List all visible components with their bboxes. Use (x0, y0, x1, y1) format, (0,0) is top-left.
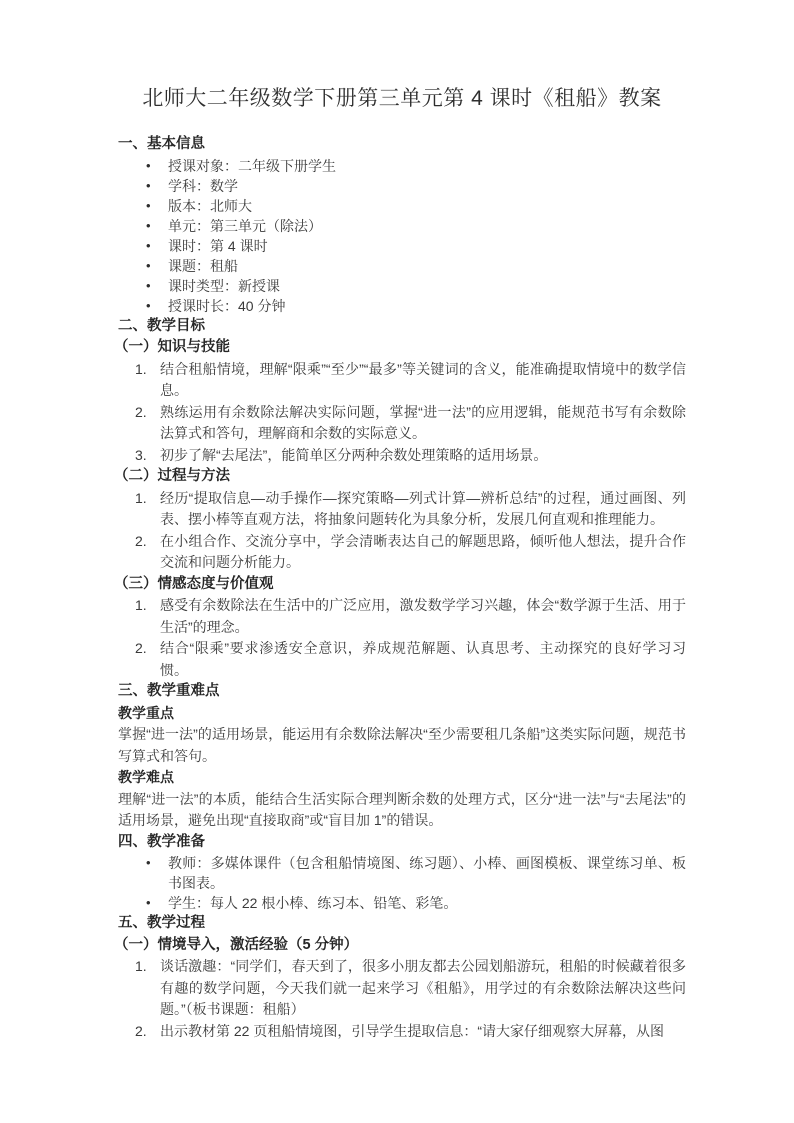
list-number: 2. (135, 1021, 160, 1043)
list-item: 2.在小组合作、交流分享中，学会清晰表达自己的解题思路，倾听他人想法，提升合作交… (118, 531, 686, 574)
list-item: •课题：租船 (146, 256, 686, 276)
bullet-icon: • (146, 196, 151, 216)
heading-key-difficult-points: 三、教学重难点 (118, 681, 686, 703)
heading-teaching-goals: 二、教学目标 (118, 316, 686, 338)
list-process-methods: 1.经历“提取信息—动手操作—探究策略—列式计算—辨析总结”的过程，通过画图、列… (118, 488, 686, 574)
list-item: •授课时长：40 分钟 (146, 296, 686, 316)
list-item: 2.结合“限乘”要求渗透安全意识，养成规范解题、认真思考、主动探究的良好学习习惯… (118, 638, 686, 681)
list-emotion-values: 1.感受有余数除法在生活中的广泛应用，激发数学学习兴趣，体会“数学源于生活、用于… (118, 595, 686, 681)
list-item-text: 授课时长：40 分钟 (168, 298, 285, 314)
list-item-text: 授课对象：二年级下册学生 (168, 158, 336, 174)
list-number: 1. (135, 488, 160, 531)
list-number: 1. (135, 956, 160, 1021)
list-number: 2. (135, 402, 160, 445)
list-item-text: 感受有余数除法在生活中的广泛应用，激发数学学习兴趣，体会“数学源于生活、用于生活… (160, 595, 686, 638)
heading-basic-info: 一、基本信息 (118, 134, 686, 156)
list-teaching-preparation: •教师：多媒体课件（包含租船情境图、练习题）、小棒、画图模板、课堂练习单、板书图… (118, 853, 686, 913)
list-number: 1. (135, 595, 160, 638)
list-item-text: 课时：第 4 课时 (168, 238, 268, 254)
list-item-text: 在小组合作、交流分享中，学会清晰表达自己的解题思路，倾听他人想法，提升合作交流和… (160, 531, 686, 574)
bullet-icon: • (146, 176, 151, 196)
heading-key-point: 教学重点 (118, 703, 686, 725)
bullet-icon: • (146, 216, 151, 236)
list-situation-intro: 1.谈话激趣：“同学们，春天到了，很多小朋友都去公园划船游玩，租船的时候藏着很多… (118, 956, 686, 1042)
list-item: 1.感受有余数除法在生活中的广泛应用，激发数学学习兴趣，体会“数学源于生活、用于… (118, 595, 686, 638)
list-item: 1.结合租船情境，理解“限乘”“至少”“最多”等关键词的含义，能准确提取情境中的… (118, 359, 686, 402)
list-item: 2.熟练运用有余数除法解决实际问题，掌握“进一法”的应用逻辑，能规范书写有余数除… (118, 402, 686, 445)
list-item: 1.经历“提取信息—动手操作—探究策略—列式计算—辨析总结”的过程，通过画图、列… (118, 488, 686, 531)
heading-emotion-values: （三）情感态度与价值观 (114, 574, 686, 596)
heading-difficult-point: 教学难点 (118, 767, 686, 789)
list-item: •教师：多媒体课件（包含租船情境图、练习题）、小棒、画图模板、课堂练习单、板书图… (146, 853, 686, 893)
heading-teaching-preparation: 四、教学准备 (118, 832, 686, 854)
list-item-text: 结合租船情境，理解“限乘”“至少”“最多”等关键词的含义，能准确提取情境中的数学… (160, 359, 686, 402)
heading-situation-intro: （一）情境导入，激活经验（5 分钟） (114, 935, 686, 957)
document-content: 北师大二年级数学下册第三单元第 4 课时《租船》教案一、基本信息•授课对象：二年… (0, 0, 794, 1042)
list-basic-info: •授课对象：二年级下册学生•学科：数学•版本：北师大•单元：第三单元（除法）•课… (118, 156, 686, 316)
bullet-icon: • (146, 236, 151, 256)
bullet-icon: • (146, 296, 151, 316)
list-item-text: 课题：租船 (168, 258, 238, 274)
list-item-text: 熟练运用有余数除法解决实际问题，掌握“进一法”的应用逻辑，能规范书写有余数除法算… (160, 402, 686, 445)
list-number: 2. (135, 531, 160, 574)
list-item: •授课对象：二年级下册学生 (146, 156, 686, 176)
list-knowledge-skills: 1.结合租船情境，理解“限乘”“至少”“最多”等关键词的含义，能准确提取情境中的… (118, 359, 686, 467)
list-item-text: 经历“提取信息—动手操作—探究策略—列式计算—辨析总结”的过程，通过画图、列表、… (160, 488, 686, 531)
list-item-text: 出示教材第 22 页租船情境图，引导学生提取信息：“请大家仔细观察大屏幕，从图 (160, 1021, 686, 1043)
bullet-icon: • (146, 893, 151, 913)
list-item: •课时类型：新授课 (146, 276, 686, 296)
list-item-text: 谈话激趣：“同学们，春天到了，很多小朋友都去公园划船游玩，租船的时候藏着很多有趣… (160, 956, 686, 1021)
list-item: 1.谈话激趣：“同学们，春天到了，很多小朋友都去公园划船游玩，租船的时候藏着很多… (118, 956, 686, 1021)
list-item: 2.出示教材第 22 页租船情境图，引导学生提取信息：“请大家仔细观察大屏幕，从… (118, 1021, 686, 1043)
list-item-text: 学生：每人 22 根小棒、练习本、铅笔、彩笔。 (168, 895, 457, 911)
para-difficult-point: 理解“进一法”的本质，能结合生活实际合理判断余数的处理方式，区分“进一法”与“去… (118, 789, 686, 832)
list-item: •学科：数学 (146, 176, 686, 196)
list-item-text: 课时类型：新授课 (168, 278, 280, 294)
list-item-text: 版本：北师大 (168, 198, 252, 214)
list-item-text: 结合“限乘”要求渗透安全意识，养成规范解题、认真思考、主动探究的良好学习习惯。 (160, 638, 686, 681)
list-item-text: 单元：第三单元（除法） (168, 218, 322, 234)
bullet-icon: • (146, 156, 151, 176)
document-title: 北师大二年级数学下册第三单元第 4 课时《租船》教案 (108, 84, 696, 114)
list-item: •单元：第三单元（除法） (146, 216, 686, 236)
list-item-text: 学科：数学 (168, 178, 238, 194)
list-item: •学生：每人 22 根小棒、练习本、铅笔、彩笔。 (146, 893, 686, 913)
bullet-icon: • (146, 853, 151, 873)
list-number: 2. (135, 638, 160, 681)
bullet-icon: • (146, 276, 151, 296)
list-item: •课时：第 4 课时 (146, 236, 686, 256)
document-page: 北师大二年级数学下册第三单元第 4 课时《租船》教案一、基本信息•授课对象：二年… (0, 0, 794, 1123)
para-key-point: 掌握“进一法”的适用场景，能运用有余数除法解决“至少需要租几条船”这类实际问题，… (118, 724, 686, 767)
list-item-text: 教师：多媒体课件（包含租船情境图、练习题）、小棒、画图模板、课堂练习单、板书图表… (168, 855, 686, 891)
list-item: •版本：北师大 (146, 196, 686, 216)
heading-knowledge-skills: （一）知识与技能 (114, 337, 686, 359)
heading-process-methods: （二）过程与方法 (114, 466, 686, 488)
list-item: 3.初步了解“去尾法”，能简单区分两种余数处理策略的适用场景。 (118, 445, 686, 467)
list-item-text: 初步了解“去尾法”，能简单区分两种余数处理策略的适用场景。 (160, 445, 686, 467)
heading-teaching-process: 五、教学过程 (118, 913, 686, 935)
list-number: 3. (135, 445, 160, 467)
bullet-icon: • (146, 256, 151, 276)
list-number: 1. (135, 359, 160, 402)
